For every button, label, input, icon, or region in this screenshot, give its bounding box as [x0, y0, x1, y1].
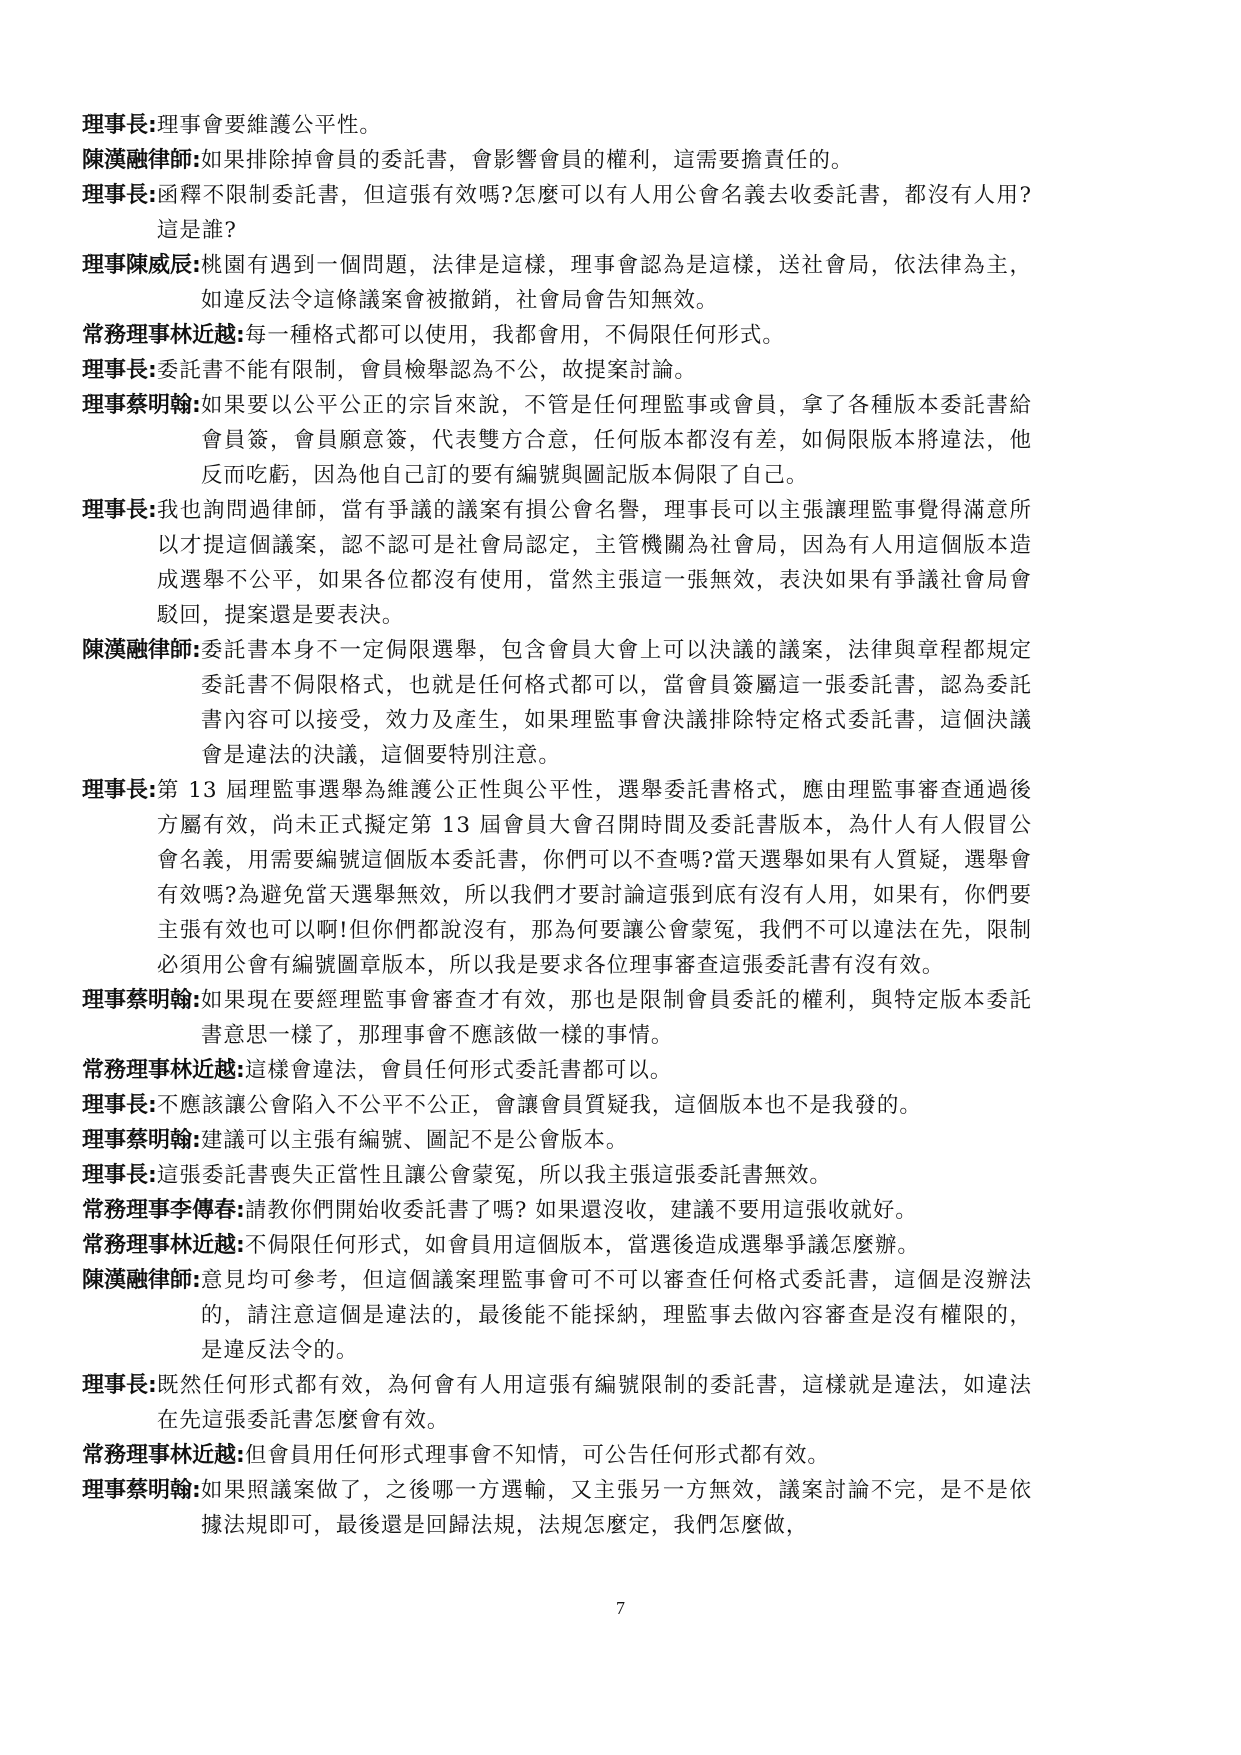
minutes-entry: 理事長:委託書不能有限制，會員檢舉認為不公，故提案討論。	[82, 353, 1032, 388]
page-number: 7	[0, 1598, 1241, 1619]
minutes-entry: 理事蔡明翰:如果現在要經理監事會審查才有效，那也是限制會員委託的權利，與特定版本…	[82, 983, 1032, 1053]
speech-text: 理事會要維護公平性。	[157, 108, 1032, 143]
speech-text: 不應該讓公會陷入不公平不公正，會讓會員質疑我，這個版本也不是我發的。	[157, 1088, 1032, 1123]
speaker-name: 常務理事林近越	[82, 1438, 236, 1473]
speech-text: 不侷限任何形式，如會員用這個版本，當選後造成選舉爭議怎麼辦。	[245, 1228, 1032, 1263]
minutes-entry: 理事長:這張委託書喪失正當性且讓公會蒙冤，所以我主張這張委託書無效。	[82, 1158, 1032, 1193]
minutes-entry: 理事長:第 13 屆理監事選舉為維護公正性與公平性，選舉委託書格式，應由理監事審…	[82, 773, 1032, 983]
speaker-name: 常務理事林近越	[82, 1228, 236, 1263]
speech-text: 建議可以主張有編號、圖記不是公會版本。	[201, 1123, 1032, 1158]
speech-text: 如果要以公平公正的宗旨來說，不管是任何理監事或會員，拿了各種版本委託書給會員簽，…	[201, 388, 1032, 493]
speech-text: 但會員用任何形式理事會不知情，可公告任何形式都有效。	[245, 1438, 1032, 1473]
speaker-name: 常務理事林近越	[82, 318, 236, 353]
minutes-entry: 理事蔡明翰:如果要以公平公正的宗旨來說，不管是任何理監事或會員，拿了各種版本委託…	[82, 388, 1032, 493]
speaker-name: 常務理事李傳春	[82, 1193, 236, 1228]
speaker-name: 理事蔡明翰	[82, 983, 192, 1018]
minutes-entry: 常務理事林近越:這樣會違法，會員任何形式委託書都可以。	[82, 1053, 1032, 1088]
minutes-entry: 常務理事林近越:每一種格式都可以使用，我都會用，不侷限任何形式。	[82, 318, 1032, 353]
speaker-name: 理事陳威辰	[82, 248, 192, 283]
speaker-name: 常務理事林近越	[82, 1053, 236, 1088]
minutes-entry: 常務理事林近越:但會員用任何形式理事會不知情，可公告任何形式都有效。	[82, 1438, 1032, 1473]
minutes-entry: 理事陳威辰:桃園有遇到一個問題，法律是這樣，理事會認為是這樣，送社會局，依法律為…	[82, 248, 1032, 318]
minutes-entry: 陳漢融律師:委託書本身不一定侷限選舉，包含會員大會上可以決議的議案，法律與章程都…	[82, 633, 1032, 773]
speech-text: 委託書不能有限制，會員檢舉認為不公，故提案討論。	[157, 353, 1032, 388]
speech-text: 如果現在要經理監事會審查才有效，那也是限制會員委託的權利，與特定版本委託書意思一…	[201, 983, 1032, 1053]
speech-text: 請教你們開始收委託書了嗎? 如果還沒收，建議不要用這張收就好。	[245, 1193, 1032, 1228]
speaker-name: 理事長	[82, 1158, 148, 1193]
speech-text: 我也詢問過律師，當有爭議的議案有損公會名譽，理事長可以主張讓理監事覺得滿意所以才…	[157, 493, 1032, 633]
speaker-name: 理事蔡明翰	[82, 388, 192, 423]
minutes-entry: 陳漢融律師:如果排除掉會員的委託書，會影響會員的權利，這需要擔責任的。	[82, 143, 1032, 178]
speech-text: 這張委託書喪失正當性且讓公會蒙冤，所以我主張這張委託書無效。	[157, 1158, 1032, 1193]
minutes-entry: 理事蔡明翰:如果照議案做了，之後哪一方選輸，又主張另一方無效，議案討論不完，是不…	[82, 1473, 1032, 1543]
speech-text: 每一種格式都可以使用，我都會用，不侷限任何形式。	[245, 318, 1032, 353]
speech-text: 如果照議案做了，之後哪一方選輸，又主張另一方無效，議案討論不完，是不是依據法規即…	[201, 1473, 1032, 1543]
speaker-name: 陳漢融律師	[82, 1263, 192, 1298]
minutes-entry: 理事蔡明翰:建議可以主張有編號、圖記不是公會版本。	[82, 1123, 1032, 1158]
minutes-entry: 理事長:既然任何形式都有效，為何會有人用這張有編號限制的委託書，這樣就是違法，如…	[82, 1368, 1032, 1438]
speaker-name: 理事長	[82, 178, 148, 213]
speaker-name: 理事長	[82, 1088, 148, 1123]
speech-text: 函釋不限制委託書，但這張有效嗎?怎麼可以有人用公會名義去收委託書，都沒有人用?這…	[157, 178, 1032, 248]
minutes-entry: 理事長:理事會要維護公平性。	[82, 108, 1032, 143]
minutes-entry: 陳漢融律師:意見均可參考，但這個議案理監事會可不可以審查任何格式委託書，這個是沒…	[82, 1263, 1032, 1368]
minutes-entry: 理事長:函釋不限制委託書，但這張有效嗎?怎麼可以有人用公會名義去收委託書，都沒有…	[82, 178, 1032, 248]
speech-text: 既然任何形式都有效，為何會有人用這張有編號限制的委託書，這樣就是違法，如違法在先…	[157, 1368, 1032, 1438]
speaker-name: 理事蔡明翰	[82, 1123, 192, 1158]
speaker-name: 理事長	[82, 493, 148, 528]
speaker-name: 理事長	[82, 353, 148, 388]
speaker-name: 理事長	[82, 773, 148, 808]
speech-text: 如果排除掉會員的委託書，會影響會員的權利，這需要擔責任的。	[201, 143, 1032, 178]
speech-text: 意見均可參考，但這個議案理監事會可不可以審查任何格式委託書，這個是沒辦法的，請注…	[201, 1263, 1032, 1368]
minutes-entry: 理事長:不應該讓公會陷入不公平不公正，會讓會員質疑我，這個版本也不是我發的。	[82, 1088, 1032, 1123]
meeting-minutes-body: 理事長:理事會要維護公平性。 陳漢融律師:如果排除掉會員的委託書，會影響會員的權…	[82, 108, 1032, 1543]
speaker-name: 理事長	[82, 108, 148, 143]
speech-text: 這樣會違法，會員任何形式委託書都可以。	[245, 1053, 1032, 1088]
speech-text: 委託書本身不一定侷限選舉，包含會員大會上可以決議的議案，法律與章程都規定委託書不…	[201, 633, 1032, 773]
speaker-name: 陳漢融律師	[82, 633, 192, 668]
minutes-entry: 常務理事林近越:不侷限任何形式，如會員用這個版本，當選後造成選舉爭議怎麼辦。	[82, 1228, 1032, 1263]
speech-text: 第 13 屆理監事選舉為維護公正性與公平性，選舉委託書格式，應由理監事審查通過後…	[157, 773, 1032, 983]
speaker-name: 陳漢融律師	[82, 143, 192, 178]
speaker-name: 理事蔡明翰	[82, 1473, 192, 1508]
minutes-entry: 常務理事李傳春:請教你們開始收委託書了嗎? 如果還沒收，建議不要用這張收就好。	[82, 1193, 1032, 1228]
minutes-entry: 理事長:我也詢問過律師，當有爭議的議案有損公會名譽，理事長可以主張讓理監事覺得滿…	[82, 493, 1032, 633]
speaker-name: 理事長	[82, 1368, 148, 1403]
speech-text: 桃園有遇到一個問題，法律是這樣，理事會認為是這樣，送社會局，依法律為主，如違反法…	[201, 248, 1032, 318]
